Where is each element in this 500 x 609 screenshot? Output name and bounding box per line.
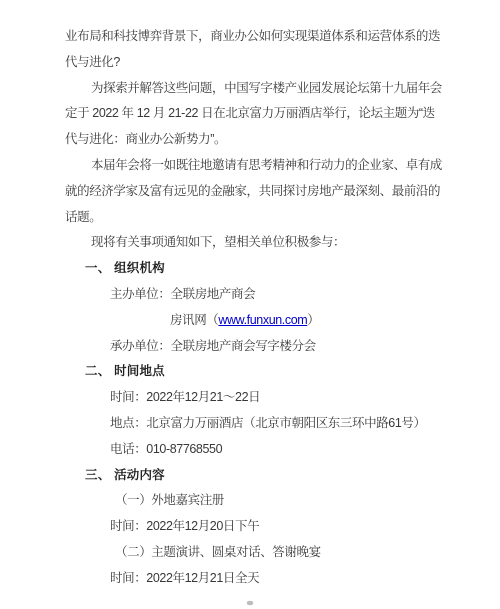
- event-phone-line: 电话：010-87768550: [65, 437, 500, 463]
- activity-1-time-line: 时间：2022年12月20日下午: [65, 514, 500, 540]
- forum-announcement-line: 为探索并解答这些问题，中国写字楼产业园发展论坛第十九届年会: [65, 76, 500, 102]
- event-venue-line: 地点：北京富力万丽酒店（北京市朝阳区东三环中路61号）: [65, 411, 500, 437]
- activity-1-title-line: （一）外地嘉宾注册: [65, 488, 500, 514]
- activity-2-title-line: （二）主题演讲、圆桌对话、答谢晚宴: [65, 540, 500, 566]
- host-unit-website-line: 房讯网（www.funxun.com）: [65, 308, 500, 334]
- website-label-suffix: ）: [307, 313, 319, 327]
- section-1-heading-organization: 一、 组织机构: [65, 256, 500, 282]
- event-time-line: 时间：2022年12月21～22日: [65, 385, 500, 411]
- intro-paragraph-line: 代与进化?: [65, 50, 500, 76]
- section-3-heading-activities: 三、 活动内容: [65, 463, 500, 489]
- forum-announcement-line: 代与进化：商业办公新势力”。: [65, 127, 500, 153]
- activity-2-time-line: 时间：2022年12月21日全天: [65, 566, 500, 592]
- host-unit-line: 主办单位：全联房地产商会: [65, 282, 500, 308]
- organizer-unit-line: 承办单位：全联房地产商会写字楼分会: [65, 334, 500, 360]
- intro-paragraph-line: 业布局和科技博弈背景下，商业办公如何实现渠道体系和运营体系的迭: [65, 24, 500, 50]
- invitation-paragraph-line: 就的经济学家及富有远见的金融家，共同探讨房地产最深刻、最前沿的: [65, 179, 500, 205]
- notice-lead-line: 现将有关事项通知如下，望相关单位积极参与：: [65, 230, 500, 256]
- clipped-next-line-glyph: [247, 601, 253, 605]
- invitation-paragraph-line: 话题。: [65, 205, 500, 231]
- forum-announcement-line: 定于 2022 年 12 月 21-22 日在北京富力万丽酒店举行，论坛主题为“…: [65, 101, 500, 127]
- section-2-heading-time-place: 二、 时间地点: [65, 359, 500, 385]
- website-name-label: 房讯网（: [170, 313, 218, 327]
- invitation-paragraph-line: 本届年会将一如既往地邀请有思考精神和行动力的企业家、卓有成: [65, 153, 500, 179]
- funxun-hyperlink[interactable]: www.funxun.com: [218, 313, 307, 327]
- document-page: 业布局和科技博弈背景下，商业办公如何实现渠道体系和运营体系的迭 代与进化? 为探…: [0, 0, 500, 609]
